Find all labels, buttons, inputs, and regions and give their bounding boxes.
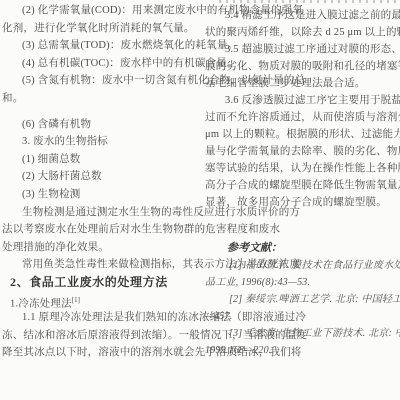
text-line: 降至其冰点以下时，溶液中的溶剂水就会先于溶质结冰，我们将: [2, 344, 204, 362]
text-line: 量与化学需氧量的去除率、膜的劣化、物质对膜的吸附和堵: [205, 143, 400, 160]
references-list: [1] 福山智于. 膜技术在食品行业废水处理中的应用（日）食品工业, 1996(…: [205, 257, 400, 359]
text-line: (4) 总有机碳(TOC)：废水样中的有机碳含量。: [2, 55, 204, 73]
text-line: (2) 化学需氧量(COD)：用来测定废水中的有机物含量的强氧: [2, 2, 204, 20]
text-line: 和。: [2, 90, 204, 108]
text-line: 膜的劣化、物质对膜的吸附和孔径的堵塞等试验，得出采用聚砜: [205, 58, 400, 75]
text-line: 过而不允许溶质通过，从而使溶质与溶剂分离，它能除去 d 0.001: [205, 109, 400, 126]
text-line: μm 以上的颗粒。根据膜的形状、过滤能力、浓缩能力及生物需氧: [205, 126, 400, 143]
text-line: [1] 福山智于. 膜技术在食品行业废水处理中的应用（日）食: [205, 257, 400, 274]
text-line: (3) 总需氧量(TOD)：废水燃烧氧化的耗氧量。: [2, 37, 204, 55]
text-line: (3) 生物检测: [2, 186, 204, 204]
references-heading: 参考文献：: [205, 239, 400, 257]
citation-marker: [1]: [72, 296, 80, 304]
text-line: 3.6 反渗透膜过滤工序它主要用于脱盐，即该膜只允许溶剂通: [205, 92, 400, 109]
text-line: 状的聚丙烯纤维，以除去 d 25 μm 以上的颗粒。: [205, 24, 400, 41]
text-line: 1.冷冻处理法[1]: [2, 292, 204, 310]
text-line: 3.4 精滤工序这是进入膜过滤之前的最后一道工序，采用网: [205, 7, 400, 24]
text-line: 品工业, 1996(8):43—53.: [205, 274, 400, 291]
text-line: —457.: [205, 308, 400, 325]
text-line: 1.1 原理冷冻处理法是我们熟知的冻冰浓缩法（即溶液通过冷: [2, 309, 204, 327]
text-line: (1) 细菌总数: [2, 151, 204, 169]
right-column-body: 3.4 精滤工序这是进入膜过滤之前的最后一道工序，采用网状的聚丙烯纤维，以除去 …: [205, 7, 400, 211]
text-line: 基毛细管型膜二步处理法最合适。: [205, 75, 400, 92]
right-column: 3.4 精滤工序这是进入膜过滤之前的最后一道工序，采用网状的聚丙烯纤维，以除去 …: [205, 0, 400, 359]
text-line: 显著，故多用高分子合成的螺旋型膜。: [205, 194, 400, 211]
text-line: 生物检测是通过测定水生生物的毒性反应进行水质评价的方: [2, 204, 204, 222]
text-line: [2] 秦绥宗.啤酒工艺学. 北京: 中国轻工业出版社, 1999.452: [205, 291, 400, 308]
cutoff-text-line-top: [219, 0, 397, 3]
text-line: (2) 大肠杆菌总数: [2, 168, 204, 186]
text-line: 1999.168—220.: [205, 342, 400, 359]
scanned-paper-page: (2) 化学需氧量(COD)：用来测定废水中的有机物含量的强氧化剂，进行化学氧化…: [0, 0, 400, 400]
text-line: [3] 毛忠贵. 生物工业下游技术. 北京: 中国轻工业出版社,: [205, 325, 400, 342]
text-line: 3. 废水的生物指标: [2, 133, 204, 151]
text-line: 冻、结冰和溶冰后原溶液得到浓缩）。一般情况下，当溶液的温度: [2, 327, 204, 345]
text-line: 化剂，进行化学氧化时所消耗的氧气量。: [2, 20, 204, 38]
text-line: 高分子合成的螺旋型膜在降低生物需氧量及化学需氧量方面: [205, 177, 400, 194]
text-line: 法以考察废水在处理前后对水生生物物群的危害程度和废水: [2, 221, 204, 239]
text-line: 处理措施的净化效果。: [2, 239, 204, 257]
text-line: (5) 含氮有机物：废水中一切含氮有机化合物，以氮计量的总: [2, 72, 204, 90]
text-line: (6) 含磷有机物: [2, 116, 204, 134]
text-line: 3.5 超滤膜过滤工序通过对膜的形态、废水的流速、浓缩能力、: [205, 41, 400, 58]
column-gap: [2, 108, 204, 116]
text-line: 常用鱼类急性毒性来做检测指标，其表示方法为半致死浓度: [2, 256, 204, 274]
text-line: 塞等试验的结果，认为在操作性能上各种膜没有明显差别，: [205, 160, 400, 177]
section-heading: 2、食品工业废水的处理方法: [2, 274, 204, 292]
left-column: (2) 化学需氧量(COD)：用来测定废水中的有机物含量的强氧化剂，进行化学氧化…: [2, 2, 204, 362]
